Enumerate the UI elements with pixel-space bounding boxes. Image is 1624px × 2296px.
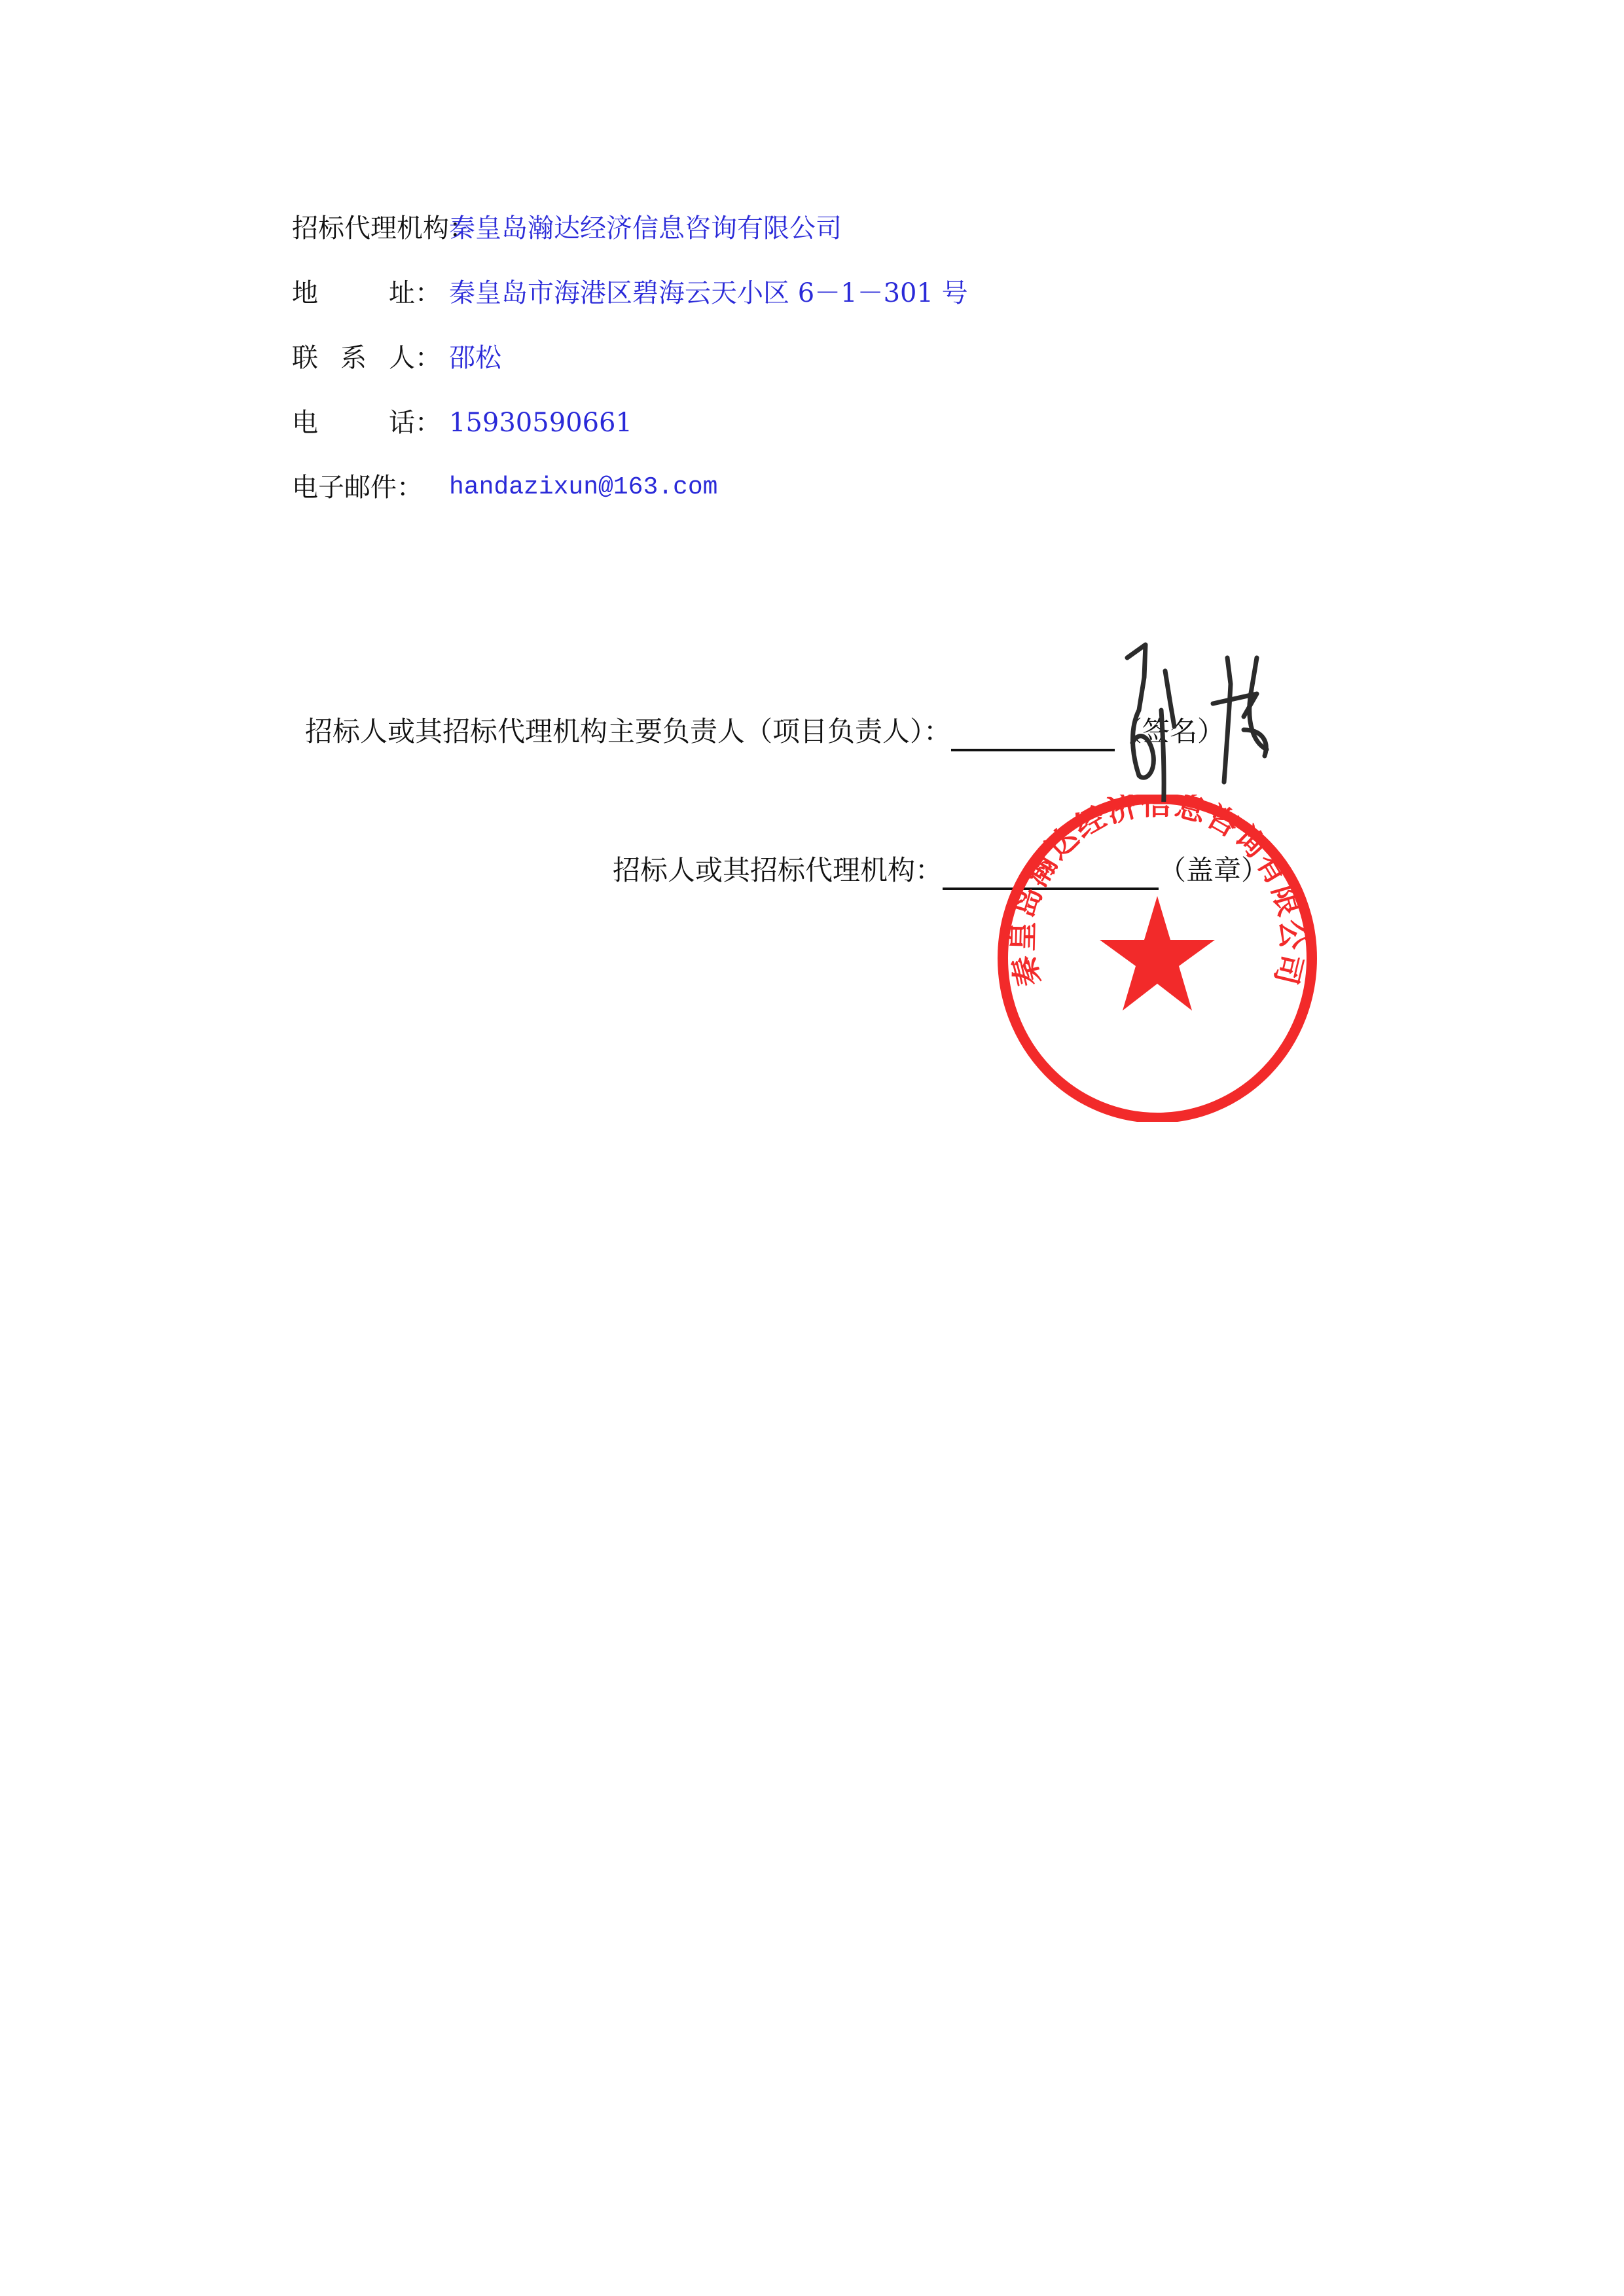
contact-label-char: 人： — [389, 338, 441, 378]
email-value: handazixun@163.com — [449, 468, 717, 507]
contact-label-char: 系 — [340, 338, 367, 378]
agency-seal-label: 招标人或其招标代理机构： — [613, 854, 943, 886]
principal-signature-row: 招标人或其招标代理机构主要负责人（项目负责人）：（签名） — [305, 712, 1225, 751]
agency-label: 招标代理机构： — [292, 209, 475, 248]
address-value: 秦皇岛市海港区碧海云天小区 6－1－301 号 — [449, 274, 968, 313]
contact-person-value: 邵松 — [449, 338, 501, 378]
phone-value: 15930590661 — [449, 403, 632, 442]
address-label-char: 址： — [389, 274, 441, 313]
email-label: 电子邮件： — [292, 468, 423, 507]
phone-label-char: 话： — [389, 403, 441, 442]
handwritten-signature — [1093, 632, 1368, 802]
contact-person-label: 联 系 人： — [292, 338, 441, 378]
phone-label: 电 话： — [292, 403, 441, 442]
contact-label-char: 联 — [292, 338, 318, 378]
agency-value: 秦皇岛瀚达经济信息咨询有限公司 — [449, 209, 842, 248]
address-label-char: 地 — [292, 274, 318, 313]
company-seal: 秦皇岛瀚达经济信息咨询有限公司 — [994, 795, 1321, 1122]
address-label: 地 址： — [292, 274, 441, 313]
principal-label: 招标人或其招标代理机构主要负责人（项目负责人）： — [305, 715, 951, 747]
star-icon — [1100, 896, 1215, 1011]
phone-label-char: 电 — [292, 403, 318, 442]
signature-blank — [951, 749, 1115, 751]
